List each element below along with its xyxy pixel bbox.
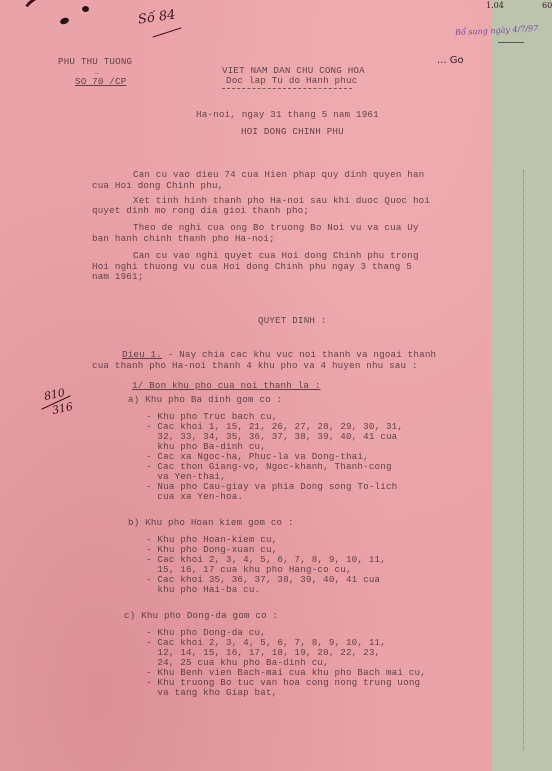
- ink-blot: [82, 6, 89, 12]
- district-item: khu pho Hai-ba cu.: [146, 585, 260, 595]
- national-motto: Doc lap Tu do Hanh phuc: [226, 76, 357, 86]
- motto-underline: [222, 88, 352, 90]
- preamble-line: Can cu vao dieu 74 cua Hien phap quy din…: [133, 170, 424, 180]
- article-text: - Nay chia cac khu vuc noi thanh va ngoa…: [162, 349, 436, 360]
- section-heading: 1/ Bon khu pho cua noi thanh la :: [132, 381, 321, 391]
- document-number: SO 70 /CP: [75, 77, 126, 87]
- preamble-line: ban hanh chinh thanh pho Ha-noi;: [92, 234, 275, 244]
- issuer-name: PHU THU TUONG: [58, 57, 132, 67]
- place-and-date: Ha-noi, ngay 31 thang 5 nam 1961: [196, 110, 379, 120]
- preamble-line: Theo de nghi cua ong Bo truong Bo Noi vu…: [133, 223, 419, 233]
- preamble-line: quyet dinh mo rong dia gioi thanh pho;: [92, 206, 309, 216]
- preamble-line: Can cu vao nghi quyet cua Hoi dong Chinh…: [133, 251, 419, 261]
- handwritten-cut-number: 60: [542, 1, 552, 10]
- decision-title: QUYET DINH :: [258, 316, 327, 326]
- margin-rule: [523, 170, 525, 750]
- preamble-line: nam 1961;: [92, 272, 143, 282]
- handwritten-go-mark: ... Go: [437, 55, 464, 66]
- article-1-line-2: cua thanh pho Ha-noi thanh 4 khu pho va …: [92, 361, 418, 371]
- handwritten-page-number: 1.04: [486, 1, 504, 10]
- district-title: c) Khu pho Dong-da gom co :: [124, 611, 278, 621]
- margin-dash: [498, 42, 524, 43]
- district-title: b) Khu pho Hoan kiem gom co :: [128, 518, 294, 528]
- district-title: a) Khu pho Ba dinh gom co :: [128, 395, 282, 405]
- article-label: Dieu 1.: [122, 349, 162, 360]
- background-surface: [492, 0, 552, 771]
- preamble-line: cua Hoi dong Chinh phu,: [92, 181, 223, 191]
- district-item: cua xa Yen-hoa.: [146, 492, 243, 502]
- issuing-authority: HOI DONG CHINH PHU: [241, 127, 344, 137]
- district-item: va tang kho Giap bat,: [146, 688, 277, 698]
- article-1: Dieu 1. - Nay chia cac khu vuc noi thanh…: [122, 350, 436, 360]
